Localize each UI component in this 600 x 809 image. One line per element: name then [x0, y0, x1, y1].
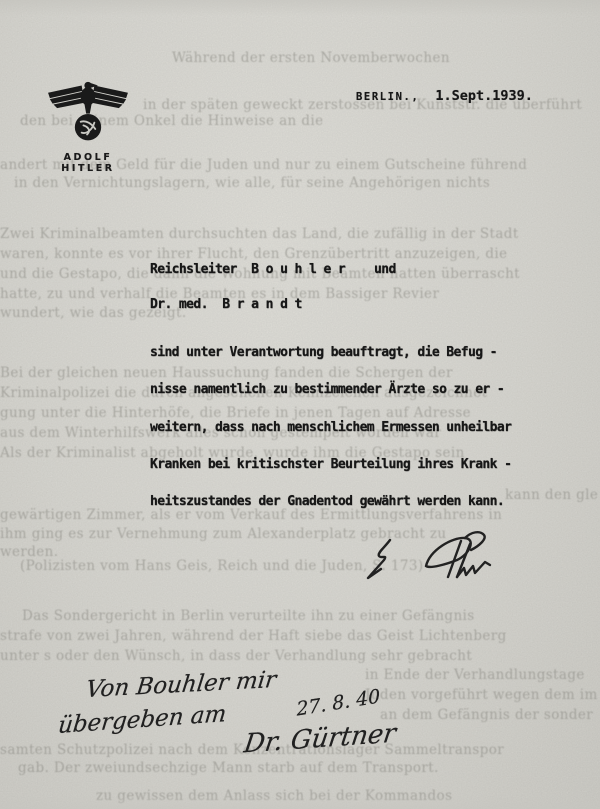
addressee-line: Dr. med. B r a n d t: [150, 297, 302, 312]
addressee-line: Reichsleiter B o u h l e r und: [150, 262, 396, 277]
bleedthrough-line: an dem Gefängnis der sonder: [380, 707, 593, 723]
body-line: heitszustandes der Gnadentod gewährt wer…: [150, 494, 504, 509]
body-line: weitern, dass nach menschlichem Ermessen…: [150, 420, 511, 435]
scan-shade-bottom: [0, 795, 600, 809]
body-line: Kranken bei kritischster Beurteilung ihr…: [150, 457, 511, 472]
scan-shade-top: [0, 0, 600, 16]
annotation-line: übergeben am: [57, 701, 228, 739]
bleedthrough-line: unter s oder den Wünsch, in dass der Ver…: [0, 648, 472, 664]
letterhead-name: ADOLF HITLER: [40, 152, 136, 174]
bleedthrough-line: waren, konnte es vor ihrer Flucht, den G…: [0, 246, 507, 262]
bleedthrough-line: strafe von zwei Jahren, während der Haft…: [0, 628, 507, 644]
scanned-document-page: Während der ersten Novemberwochen in der…: [0, 0, 600, 809]
bleedthrough-line: gewärtigen Zimmer, als er vom Verkauf de…: [0, 507, 502, 523]
letterhead: ADOLF HITLER: [40, 80, 136, 174]
bleedthrough-line: in Ende der Verhandlungstage: [365, 667, 585, 683]
dateline: BERLIN., 1.Sept.1939.: [356, 88, 533, 104]
bleedthrough-line: gung unter die Hinterhöfe, die Briefe in…: [0, 405, 471, 421]
body-line: sind unter Verantwortung beauftragt, die…: [150, 345, 497, 360]
eagle-emblem-icon: [47, 80, 129, 149]
annotation-date: 27. 8. 40: [296, 685, 381, 720]
bleedthrough-line: Bei der gleichen neuen Haussuchung fande…: [0, 365, 453, 381]
dateline-city: BERLIN.,: [356, 91, 419, 103]
bleedthrough-line: Während der ersten Novemberwochen: [172, 50, 450, 66]
bleedthrough-line: Juden vorgeführt wegen dem im: [365, 687, 598, 703]
bleedthrough-line: Zwei Kriminalbeamten durchsuchten das La…: [0, 226, 519, 242]
hitler-signature: [360, 528, 540, 594]
bleedthrough-line: in den Vernichtungslagern, wie alle, für…: [14, 175, 490, 191]
bleedthrough-line: gab. Der zweiundsechzige Mann starb auf …: [18, 760, 439, 776]
body-line: nisse namentlich zu bestimmender Ärzte s…: [150, 382, 504, 397]
dateline-date: 1.Sept.1939.: [435, 88, 533, 104]
annotation-line: Von Bouhler mir: [85, 667, 278, 703]
bleedthrough-line: Das Sondergericht in Berlin verurteilte …: [22, 608, 475, 624]
bleedthrough-line: kann den gle: [505, 487, 598, 503]
